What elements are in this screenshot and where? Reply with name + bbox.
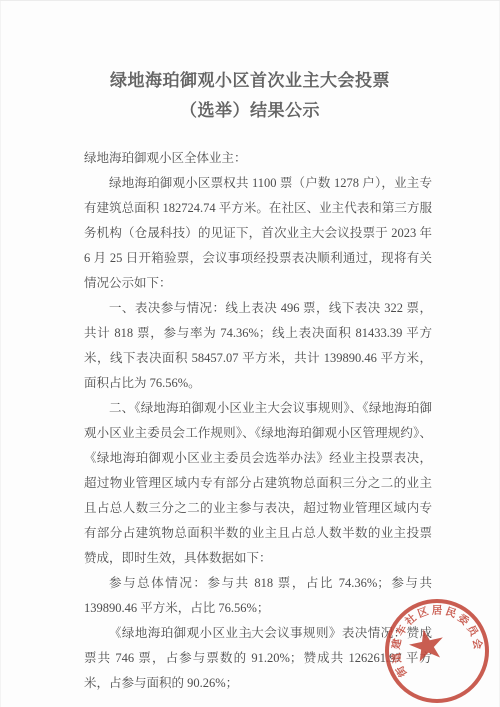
paragraph: 一、表决参与情况：线上表决 496 票，线下表决 322 票，共计 818 票，… — [84, 296, 432, 396]
document-body: 绿地海珀御观小区全体业主：绿地海珀御观小区票权共 1100 票（户数 1278 … — [84, 146, 432, 696]
paragraph: 绿地海珀御观小区票权共 1100 票（户数 1278 户），业主专有建筑总面积 … — [84, 171, 432, 296]
stamp-character: 居 — [432, 603, 443, 618]
stamp-character: 会 — [469, 637, 486, 650]
document-title: 绿地海珀御观小区首次业主大会投票 （选举）结果公示 — [0, 66, 500, 126]
official-seal-stamp: 街道建车社区居民委员会 — [385, 599, 489, 703]
paragraph: 参与总体情况：参与共 818 票，占比 74.36%；参与共 139890.46… — [84, 571, 432, 621]
title-line-2: （选举）结果公示 — [0, 96, 500, 126]
paragraph: 绿地海珀御观小区全体业主： — [84, 146, 432, 171]
paragraph: 二、《绿地海珀御观小区业主大会议事规则》、《绿地海珀御观小区业主委员会工作规则》… — [84, 396, 432, 571]
document-page: 绿地海珀御观小区首次业主大会投票 （选举）结果公示 绿地海珀御观小区全体业主：绿… — [0, 0, 500, 707]
title-line-1: 绿地海珀御观小区首次业主大会投票 — [0, 66, 500, 96]
